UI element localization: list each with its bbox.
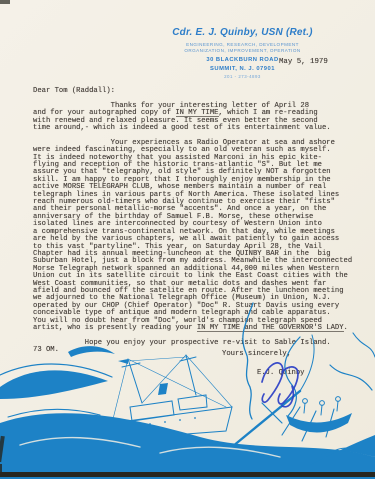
salutation: Dear Tom (Raddall):	[33, 88, 369, 95]
closing-lines: Hope you enjoy your prospective re-visit…	[33, 340, 369, 355]
handwritten-signature	[252, 356, 314, 414]
letterhead-subtitle-2: ORGANIZATION, IMPROVEMENT, OPERATION	[140, 48, 345, 54]
underline-book-titles	[197, 331, 344, 332]
scan-artifact-bottom-bar	[0, 472, 375, 477]
underline-in-my-time	[176, 116, 219, 117]
paragraph-1: Thanks for your interesting letter of Ap…	[33, 103, 369, 133]
letterhead: Cdr. E. J. Quinby, USN (Ret.) ENGINEERIN…	[140, 27, 345, 79]
paragraph-2: Your experiences as Radio Operator at se…	[33, 140, 369, 333]
typed-signature: E.J. Quinby	[257, 369, 304, 377]
letter-date: May 5, 1979	[279, 58, 328, 66]
letterhead-name: Cdr. E. J. Quinby, USN (Ret.)	[140, 27, 345, 38]
letterhead-address-city: SUMMIT, N. J. 07901	[140, 66, 345, 72]
scan-artifact-top-left	[0, 0, 10, 4]
letter-body: Dear Tom (Raddall): Thanks for your inte…	[33, 88, 369, 355]
scan-artifact-left-edge	[0, 436, 5, 462]
letterhead-phone: 201 - 273-4893	[140, 74, 345, 79]
letter-page: Cdr. E. J. Quinby, USN (Ret.) ENGINEERIN…	[0, 0, 375, 479]
valediction: Yours sincerely,	[222, 350, 291, 358]
